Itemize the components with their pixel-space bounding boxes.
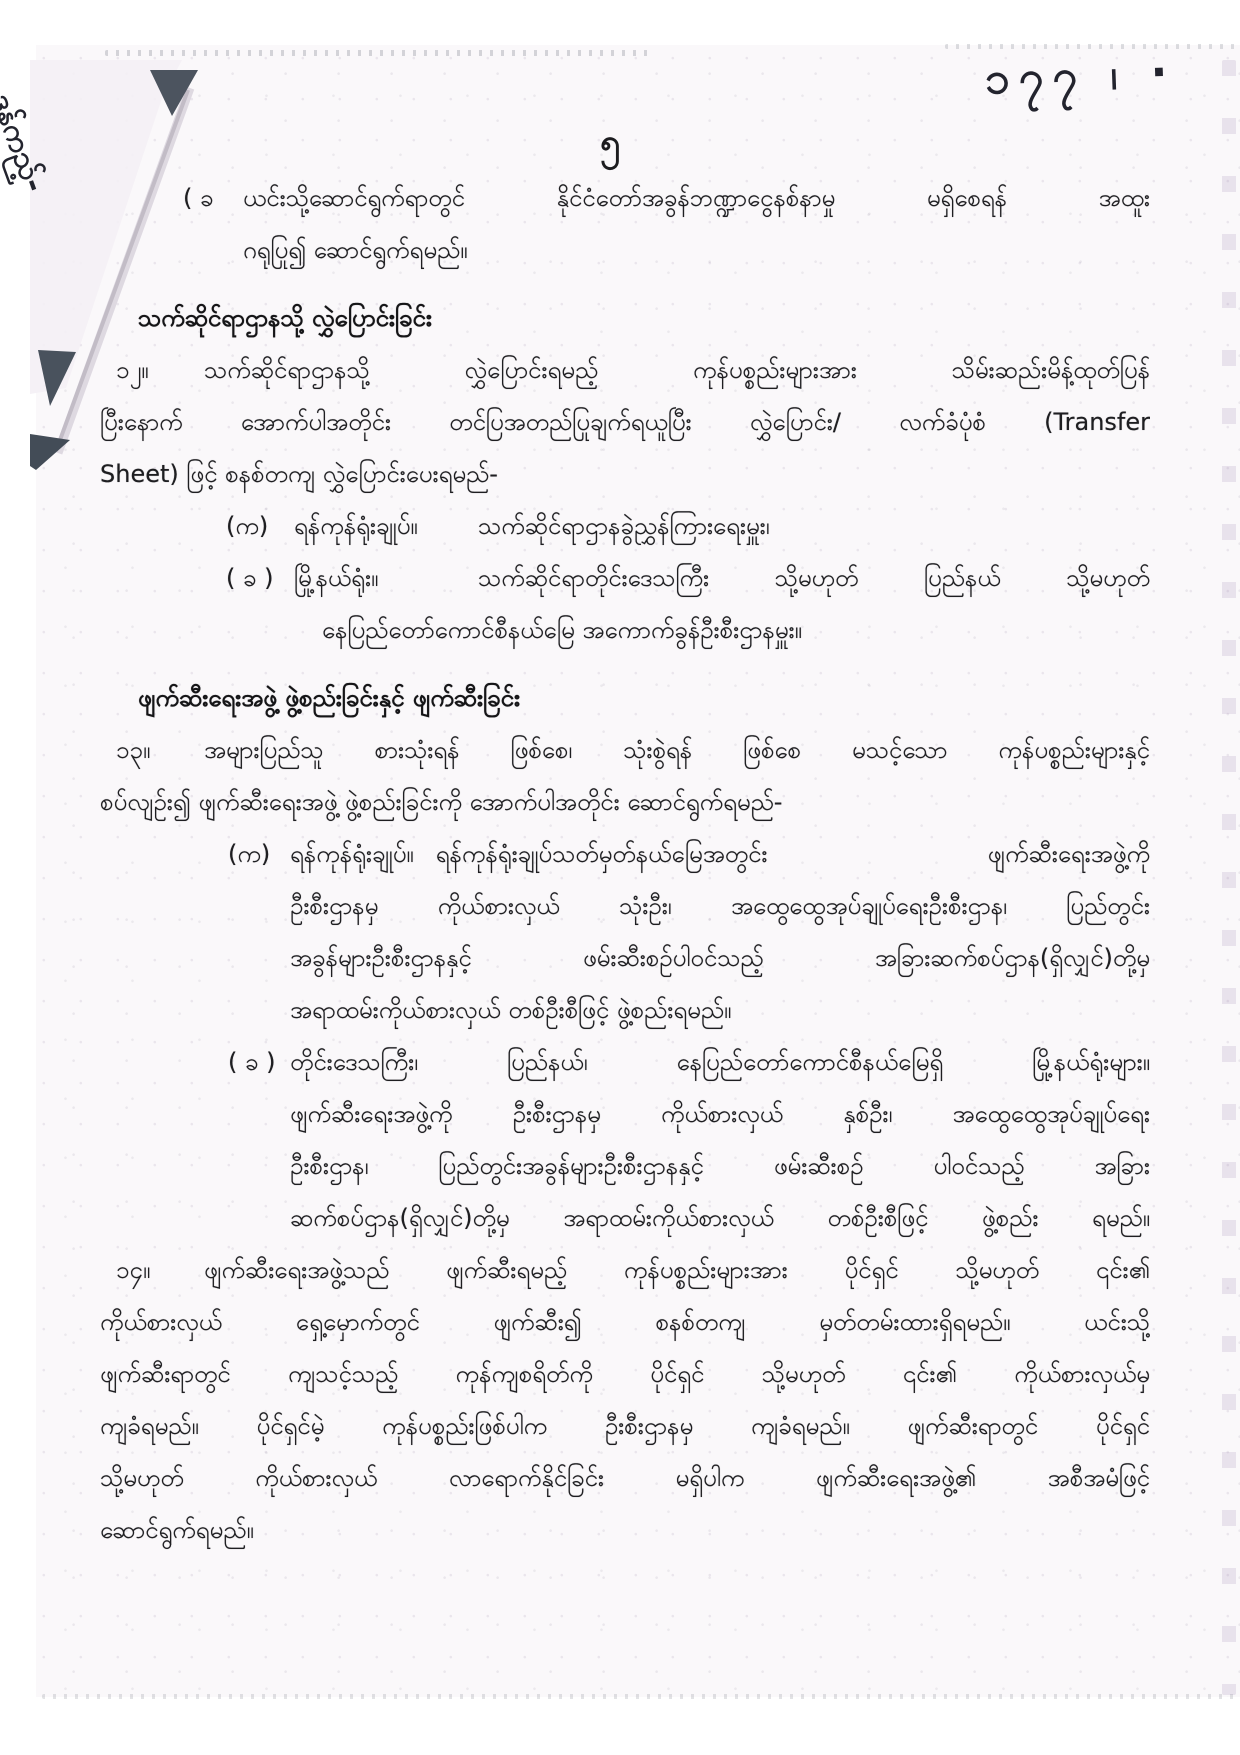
text-line: တိုင်းဒေသကြီး၊ ပြည်နယ်၊ နေပြည်တော်ကောင်စ… <box>290 1036 1150 1088</box>
paragraph-number: ၁၂။ <box>116 344 204 396</box>
list-item-13-ka-line-4: အရာထမ်းကိုယ်စားလှယ် တစ်ဦးစီဖြင့် ဖွဲ့စည်… <box>100 984 1150 1036</box>
list-item-13-kha-line-1: ( ခ ) တိုင်းဒေသကြီး၊ ပြည်နယ်၊ နေပြည်တော်… <box>100 1036 1150 1088</box>
list-item-12-ka: (က) ရန်ကုန်ရုံးချုပ်။ သက်ဆိုင်ရာဌာနခွဲညွ… <box>100 500 1150 552</box>
paragraph-number: ၁၄။ <box>116 1244 204 1296</box>
page-number: ၅ <box>600 118 620 172</box>
text-line: သက်ဆိုင်ရာတိုင်းဒေသကြီး သို့မဟုတ် ပြည်နယ… <box>478 552 1150 604</box>
paragraph-14-line-5: သို့မဟုတ် ကိုယ်စားလှယ် လာရောက်နိုင်ခြင်း… <box>100 1452 1150 1504</box>
scan-noise-right-edge <box>1222 60 1236 1695</box>
paragraph-14-line-6: ဆောင်ရွက်ရမည်။ <box>100 1504 1150 1556</box>
list-marker: ( ခ ) <box>228 1036 290 1088</box>
list-item-13-kha-line-4: ဆက်စပ်ဌာန(ရှိလျှင်)တို့မှ အရာထမ်းကိုယ်စာ… <box>100 1192 1150 1244</box>
list-item-13-kha-line-2: ဖျက်ဆီးရေးအဖွဲ့ကို ဦးစီးဌာနမှ ကိုယ်စားလှ… <box>100 1088 1150 1140</box>
list-label: ရန်ကုန်ရုံးချုပ်။ <box>294 500 478 552</box>
list-marker: ( ခ ) <box>183 172 225 224</box>
paragraph-14-line-2: ကိုယ်စားလှယ် ရှေ့မှောက်တွင် ဖျက်ဆီး၍ စနစ… <box>100 1296 1150 1348</box>
intro-item-line-2: ဂရုပြု၍ ဆောင်ရွက်ရမည်။ <box>100 224 1150 276</box>
intro-item-line-1: ( ခ ) ယင်းသို့ဆောင်ရွက်ရာတွင် နိုင်ငံတော… <box>100 172 1150 224</box>
fold-shadow-bottom <box>30 434 70 470</box>
list-marker: ( ခ ) <box>226 552 294 604</box>
text-line: ဖျက်ဆီးရေးအဖွဲ့သည် ဖျက်ဆီးရမည့် ကုန်ပစ္စ… <box>204 1244 1150 1296</box>
paragraph-12-line-3: Sheet) ဖြင့် စနစ်တကျ လွှဲပြောင်းပေးရမည်- <box>100 448 1150 500</box>
list-marker: (က) <box>226 500 294 552</box>
paragraph-14-line-3: ဖျက်ဆီးရာတွင် ကျသင့်သည့် ကုန်ကျစရိတ်ကို … <box>100 1348 1150 1400</box>
scanned-document-page: ဒန်ကည့်- ၁၇၇ ၊ · ၅ ( ခ ) ယင်းသို့ဆောင်ရွ… <box>0 0 1240 1755</box>
list-label: မြို့နယ်ရုံး။ <box>294 552 478 604</box>
text-line: ယင်းသို့ဆောင်ရွက်ရာတွင် နိုင်ငံတော်အခွန်… <box>243 172 1150 224</box>
paragraph-number: ၁၃။ <box>116 724 204 776</box>
list-item-13-kha-line-3: ဦးစီးဌာန၊ ပြည်တွင်းအခွန်များဦးစီးဌာနနှင့… <box>100 1140 1150 1192</box>
section-heading-destruction: ဖျက်ဆီးရေးအဖွဲ့ ဖွဲ့စည်းခြင်းနှင့် ဖျက်ဆ… <box>100 672 1150 724</box>
document-text-column: ( ခ ) ယင်းသို့ဆောင်ရွက်ရာတွင် နိုင်ငံတော… <box>100 172 1150 1556</box>
list-item-13-ka-line-2: ဦးစီးဌာနမှ ကိုယ်စားလှယ် သုံးဦး၊ အထွေထွေအ… <box>100 880 1150 932</box>
paragraph-13-line-1: ၁၃။ အများပြည်သူ စားသုံးရန် ဖြစ်စေ၊ သုံးစ… <box>100 724 1150 776</box>
list-item-13-ka-line-1: (က) ရန်ကုန်ရုံးချုပ်။ ရန်ကုန်ရုံးချုပ်သတ… <box>100 828 1150 880</box>
text-line: သက်ဆိုင်ရာဌာနခွဲညွှန်ကြားရေးမှူး၊ <box>478 500 1150 552</box>
paragraph-14-line-1: ၁၄။ ဖျက်ဆီးရေးအဖွဲ့သည် ဖျက်ဆီးရမည့် ကုန်… <box>100 1244 1150 1296</box>
text-line: အများပြည်သူ စားသုံးရန် ဖြစ်စေ၊ သုံးစွဲရန… <box>204 724 1150 776</box>
scan-noise-top-left <box>105 50 650 56</box>
text-line: ရန်ကုန်ရုံးချုပ်သတ်မှတ်နယ်မြေအတွင်း ဖျက်… <box>436 828 1150 880</box>
scan-noise-bottom-edge <box>42 1694 1238 1699</box>
list-item-12-kha-line-2: နေပြည်တော်ကောင်စီနယ်မြေ အကောက်ခွန်ဦးစီးဌ… <box>100 604 1150 656</box>
paragraph-12-line-2: ပြီးနောက် အောက်ပါအတိုင်း တင်ပြအတည်ပြုချက… <box>100 396 1150 448</box>
section-heading-transfer: သက်ဆိုင်ရာဌာနသို့ လွှဲပြောင်းခြင်း <box>100 292 1150 344</box>
list-item-12-kha-line-1: ( ခ ) မြို့နယ်ရုံး။ သက်ဆိုင်ရာတိုင်းဒေသက… <box>100 552 1150 604</box>
handwriting-top-right: ၁၇၇ ၊ · <box>984 45 1178 116</box>
paragraph-13-line-2: စပ်လျဉ်း၍ ဖျက်ဆီးရေးအဖွဲ့ ဖွဲ့စည်းခြင်းက… <box>100 776 1150 828</box>
list-item-13-ka-line-3: အခွန်များဦးစီးဌာနနှင့် ဖမ်းဆီးစဉ်ပါဝင်သည… <box>100 932 1150 984</box>
list-label: ရန်ကုန်ရုံးချုပ်။ <box>290 828 414 880</box>
paragraph-12-line-1: ၁၂။ သက်ဆိုင်ရာဌာနသို့ လွှဲပြောင်းရမည့် က… <box>100 344 1150 396</box>
paragraph-14-line-4: ကျခံရမည်။ ပိုင်ရှင်မဲ့ ကုန်ပစ္စည်းဖြစ်ပါ… <box>100 1400 1150 1452</box>
text-line: သက်ဆိုင်ရာဌာနသို့ လွှဲပြောင်းရမည့် ကုန်ပ… <box>204 344 1150 396</box>
list-marker: (က) <box>228 828 290 880</box>
